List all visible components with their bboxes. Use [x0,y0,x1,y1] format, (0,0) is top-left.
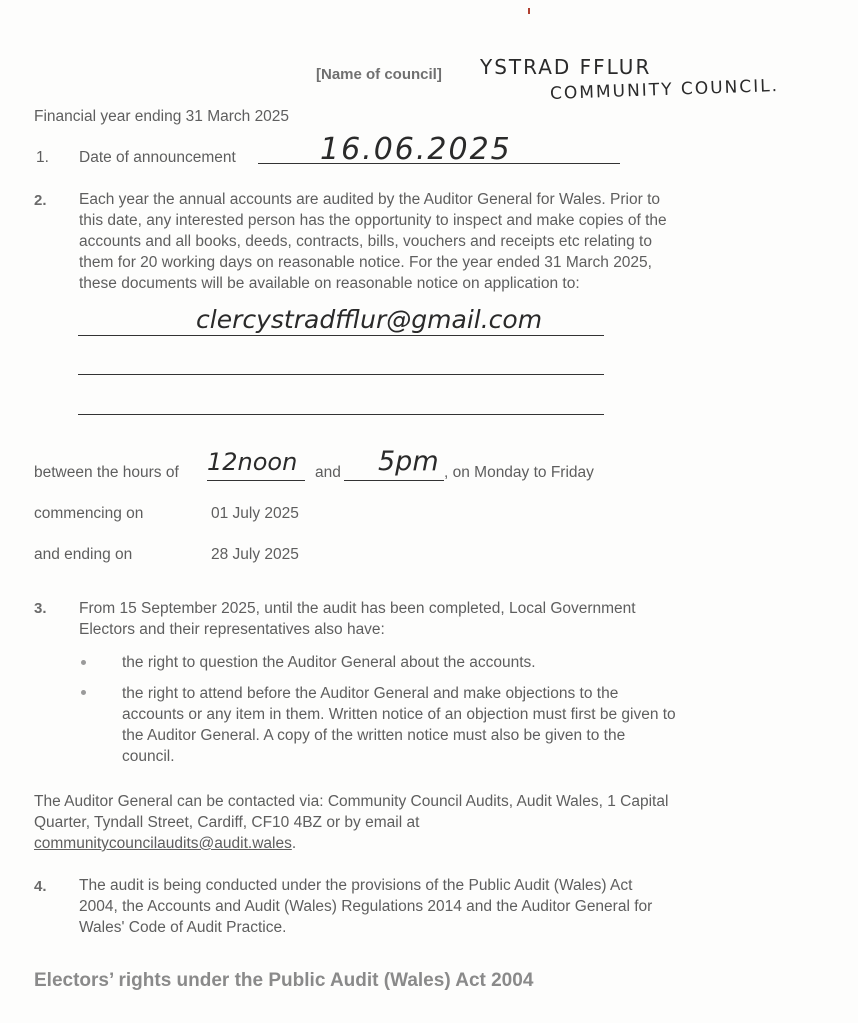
bullet-icon [81,690,86,695]
section2-paragraph: Each year the annual accounts are audite… [79,189,667,294]
application-contact-email: clercystradfflur@gmail.com [196,305,542,334]
council-name-line2: COMMUNITY COUNCIL. [550,76,780,104]
section4-paragraph: The audit is being conducted under the p… [79,875,652,938]
date-of-announcement-label: Date of announcement [79,147,236,168]
commencing-value: 01 July 2025 [211,503,299,524]
hours-start-line [207,480,305,481]
paragraph-line: accounts and all books, deeds, contracts… [79,231,667,252]
bullet-line: the Auditor General. A copy of the writt… [122,725,676,746]
hours-suffix: , on Monday to Friday [444,462,594,483]
application-line-3 [78,414,604,415]
contact-paragraph: The Auditor General can be contacted via… [34,791,668,854]
hours-prefix: between the hours of [34,462,179,483]
application-line-2 [78,374,604,375]
paragraph-line: 2004, the Accounts and Audit (Wales) Reg… [79,896,652,917]
section3-paragraph: From 15 September 2025, until the audit … [79,598,636,640]
paragraph-line: The Auditor General can be contacted via… [34,791,668,812]
paragraph-line: Each year the annual accounts are audite… [79,189,667,210]
bullet-item-1: the right to question the Auditor Genera… [122,652,536,673]
paragraph-line: these documents will be available on rea… [79,273,667,294]
hours-end-line [344,480,444,481]
paragraph-line: Wales' Code of Audit Practice. [79,917,652,938]
email-suffix: . [292,835,296,852]
commencing-label: commencing on [34,503,143,524]
paragraph-line: this date, any interested person has the… [79,210,667,231]
ending-value: 28 July 2025 [211,544,299,565]
paragraph-line: From 15 September 2025, until the audit … [79,598,636,619]
section1-number: 1. [36,147,49,168]
bullet-line: the right to question the Auditor Genera… [122,652,536,673]
hours-joiner: and [315,462,341,483]
bullet-line: accounts or any item in them. Written no… [122,704,676,725]
financial-year: Financial year ending 31 March 2025 [34,106,289,127]
paragraph-line: Electors and their representatives also … [79,619,636,640]
electors-rights-heading: Electors’ rights under the Public Audit … [34,970,533,992]
date-of-announcement-value: 16.06.2025 [320,132,512,167]
bullet-item-2: the right to attend before the Auditor G… [122,683,676,767]
section4-number: 4. [34,876,47,897]
bullet-icon [81,660,86,665]
section2-number: 2. [34,190,47,211]
hours-end-value: 5pm [378,446,439,477]
paragraph-line: Quarter, Tyndall Street, Cardiff, CF10 4… [34,812,668,833]
auditor-email-link[interactable]: communitycouncilaudits@audit.wales [34,835,292,852]
bullet-line: council. [122,746,676,767]
section3-number: 3. [34,598,47,619]
hours-start-value: 12noon [207,448,297,476]
paragraph-line: The audit is being conducted under the p… [79,875,652,896]
bullet-line: the right to attend before the Auditor G… [122,683,676,704]
application-line-1 [78,335,604,336]
paragraph-line: them for 20 working days on reasonable n… [79,252,667,273]
scan-mark [528,8,530,14]
ending-label: and ending on [34,544,132,565]
council-label: [Name of council] [316,64,442,85]
council-name-line1: YSTRAD FFLUR [480,55,651,79]
